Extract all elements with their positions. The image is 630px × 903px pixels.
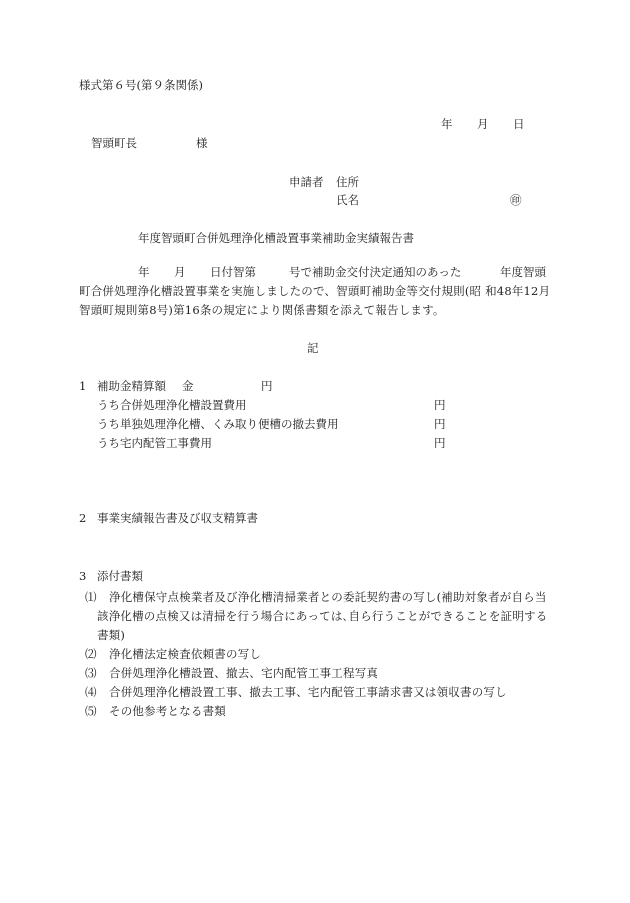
seal-icon: ㊞ — [510, 195, 522, 207]
cost-item-label: うち宅内配管工事費用 — [97, 438, 212, 450]
body-line1-rest: 号で補助金交付決定通知のあった — [289, 267, 461, 279]
section-1-yen: 円 — [261, 381, 273, 393]
body-line1-end: 年度智頭 — [500, 267, 546, 279]
attachment-line: その他参考となる書類 — [109, 706, 226, 718]
attachment-line: 合併処理浄化槽設置工事、撤去工事、宅内配管工事請求書又は領収書の写し — [109, 687, 507, 699]
date-year-label: 年 — [441, 119, 453, 131]
form-number: 様式第６号(第９条関係) — [79, 80, 203, 92]
attachment-line: 書類) — [97, 630, 125, 642]
body-month: 月 — [174, 267, 186, 279]
ki-heading: 記 — [307, 343, 319, 355]
section-3-label: 添付書類 — [97, 571, 143, 583]
body-line2: 町合併処理浄化槽設置事業を実施しましたので、智頭町補助金等交付規則(昭 和48年… — [79, 286, 550, 298]
cost-item-label: うち合併処理浄化槽設置費用 — [97, 400, 247, 412]
section-1-amount-prefix: 金 — [182, 381, 194, 393]
section-3-number: 3 — [79, 571, 86, 583]
cost-item-label: うち単独処理浄化槽、くみ取り便槽の撤去費用 — [97, 419, 339, 431]
section-1-label: 補助金精算額 — [97, 381, 166, 393]
body-year: 年 — [138, 267, 150, 279]
attachment-marker: ⑴ — [85, 592, 97, 604]
addressee-honorific: 様 — [196, 138, 208, 150]
cost-item-yen: 円 — [434, 400, 446, 412]
section-2-label: 事業実績報告書及び収支精算書 — [97, 513, 258, 525]
attachment-line: 浄化槽保守点検業者及び浄化槽清掃業者との委託契約書の写し(補助対象者が自ら当 — [109, 592, 547, 604]
attachment-marker: ⑸ — [85, 706, 97, 718]
body-day-prefix: 日付智第 — [210, 267, 256, 279]
attachment-marker: ⑷ — [85, 687, 97, 699]
body-line3: 智頭町規則第8号)第16条の規定により関係書類を添えて報告します。 — [79, 305, 445, 317]
document-title: 年度智頭町合併処理浄化槽設置事業補助金実績報告書 — [138, 233, 414, 245]
section-2-number: 2 — [79, 513, 86, 525]
date-month-label: 月 — [477, 119, 489, 131]
attachment-marker: ⑵ — [85, 649, 97, 661]
cost-item-yen: 円 — [434, 438, 446, 450]
name-label: 氏名 — [336, 195, 359, 207]
attachment-line: 合併処理浄化槽設置、撤去、宅内配管工事工程写真 — [109, 668, 378, 680]
address-label: 住所 — [336, 177, 359, 189]
attachment-line: 該浄化槽の点検又は清掃を行う場合にあっては､自ら行うことができることを証明する — [97, 611, 547, 623]
date-day-label: 日 — [513, 119, 525, 131]
addressee-name: 智頭町長 — [91, 138, 137, 150]
section-1-number: 1 — [79, 381, 86, 393]
cost-item-yen: 円 — [434, 419, 446, 431]
attachment-marker: ⑶ — [85, 668, 97, 680]
attachment-line: 浄化槽法定検査依頼書の写し — [109, 649, 261, 661]
applicant-label: 申請者 — [289, 177, 324, 189]
